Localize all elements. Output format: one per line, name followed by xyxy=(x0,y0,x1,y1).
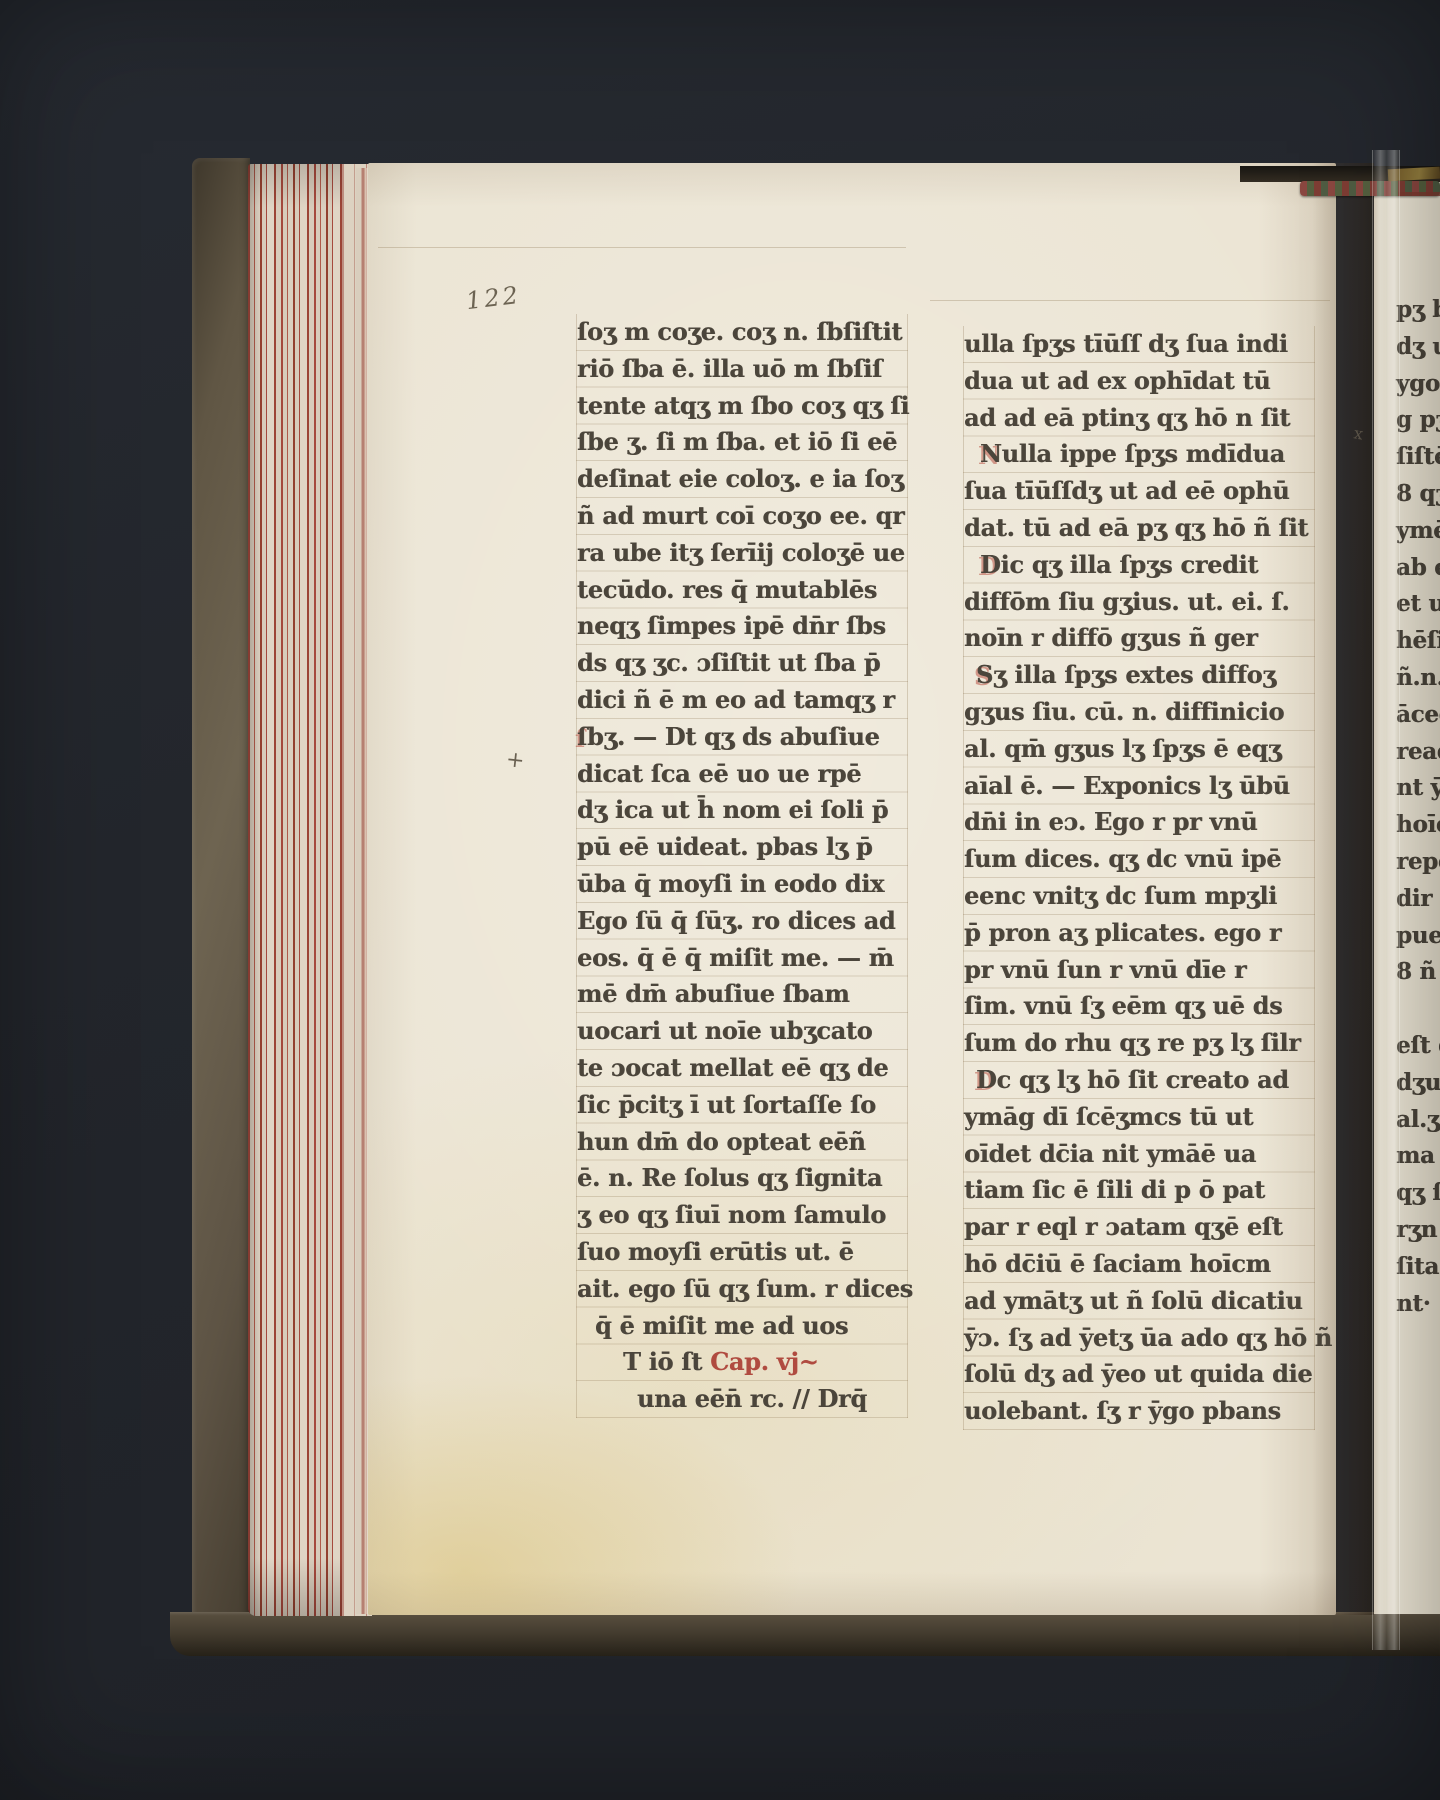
text-line: Nulla ippe ſpʒs mdīdua xyxy=(964,436,1314,473)
text-line: Dc qʒ lʒ hō ſit creato ad xyxy=(964,1062,1314,1099)
plexiglass-strip xyxy=(1372,150,1400,1650)
text-line: ūba q̄ moyſi in eodo dix xyxy=(577,866,907,903)
red-touched-initial: N xyxy=(980,439,1002,468)
text-line: pue xyxy=(1396,918,1440,955)
text-line: ſita xyxy=(1396,1249,1440,1286)
text-line: uocari ut noīe ubʒcato xyxy=(577,1013,907,1050)
text-line: qʒ ſp xyxy=(1396,1175,1440,1212)
text-line: et ut xyxy=(1396,586,1440,623)
text-line: ʒ eo qʒ ſiuī nom ſamulo xyxy=(577,1197,907,1234)
text-line: diffōm ſiu gʒius. ut. ei. ſ. xyxy=(964,584,1314,621)
text-line: una eēn̄ rc. // Drq̄ xyxy=(577,1381,907,1418)
text-line: dn̄i in eɔ. Ego r pr vnū xyxy=(964,804,1314,841)
text-line: deſinat eie coloʒ. e ia ſoʒ xyxy=(577,461,907,498)
text-line: eſt q xyxy=(1396,1028,1440,1065)
text-line: ſbʒ. — Dt qʒ ds abuſiue xyxy=(577,719,907,756)
text-line: gʒus ſiu. cū. n. diffinicio xyxy=(964,694,1314,731)
text-line: eos. q̄ ē q̄ miſit me. — m̄ xyxy=(577,940,907,977)
text-line: dir e xyxy=(1396,881,1440,918)
book-cover-bottom-edge xyxy=(170,1612,1440,1656)
text-line: Ego ſū q̄ ſūʒ. ro dices ad xyxy=(577,903,907,940)
text-line: ſum dices. qʒ dc vnū ipē xyxy=(964,841,1314,878)
text-line: rʒn xyxy=(1396,1212,1440,1249)
text-line: ymē xyxy=(1396,513,1440,550)
text-line: ſiſtē xyxy=(1396,439,1440,476)
text-line: mē dm̄ abuſiue ſbam xyxy=(577,976,907,1013)
text-line: ſua tīūſſdʒ ut ad eē ophū xyxy=(964,473,1314,510)
text-line: dʒ ica ut h̄ nom ei ſoli p̄ xyxy=(577,792,907,829)
text-line: noīn r diffō gʒus ñ ger xyxy=(964,620,1314,657)
text-line: ds qʒ ʒc. ɔſiſtit ut ſba p̄ xyxy=(577,645,907,682)
marginal-cross-left: + xyxy=(505,747,526,774)
text-line: ymāg dī ſcēʒmcs tū ut xyxy=(964,1099,1314,1136)
text-line: ſolū dʒ ad ȳeo ut quida die xyxy=(964,1356,1314,1393)
text-line: ad ymātʒ ut ñ ſolū dicatiu xyxy=(964,1283,1314,1320)
text-line: al. qm̄ gʒus lʒ ſpʒs ē eqʒ xyxy=(964,731,1314,768)
text-line: q̄ ē miſit me ad uos xyxy=(577,1308,907,1345)
text-line: ſoʒ m coʒe. coʒ n. ſbſiſtit xyxy=(577,314,907,351)
text-line: ma xyxy=(1396,1138,1440,1175)
text-line: uolebant. ſʒ r ȳgo pbans xyxy=(964,1393,1314,1430)
recto-red-top-edge xyxy=(1398,192,1440,196)
red-touched-initial: S xyxy=(976,660,993,689)
red-touched-initial: D xyxy=(980,550,1001,579)
text-line: reade xyxy=(1396,734,1440,771)
chapter-rubric: Cap. vj~ xyxy=(710,1347,818,1376)
text-line: g pʒ xyxy=(1396,402,1440,439)
text-line: ē. n. Re ſolus qʒ ſignita xyxy=(577,1160,907,1197)
text-line: ſbe ʒ. ſi m ſba. et iō ſi eē xyxy=(577,424,907,461)
text-line: dicat ſca eē uo ue rpē xyxy=(577,756,907,793)
text-line: ygo xyxy=(1396,366,1440,403)
text-line: hēſi xyxy=(1396,623,1440,660)
text-line: hun dm̄ do opteat eēñ xyxy=(577,1124,907,1161)
text-line: nt· xyxy=(1396,1286,1440,1323)
text-line: Dic qʒ illa ſpʒs credit xyxy=(964,547,1314,584)
text-line xyxy=(1396,991,1440,1028)
text-line: ra ube itʒ ſerīij coloʒē ue xyxy=(577,535,907,572)
book-cover-left-board xyxy=(192,158,250,1650)
text-column-left: ſoʒ m coʒe. coʒ n. ſbſiſtitriō ſba ē. il… xyxy=(576,314,908,1418)
text-line: oīdet dc̄ia nit ymāē ua xyxy=(964,1136,1314,1173)
text-line: 8 qʒ xyxy=(1396,476,1440,513)
text-line: ñ ad murt coī coʒo ee. qr xyxy=(577,498,907,535)
text-line: ſim. vnū ſʒ eēm qʒ uē ds xyxy=(964,988,1314,1025)
text-line: p̄ pron aʒ plicates. ego r xyxy=(964,915,1314,952)
text-line: tiam ſic ē ſili di p ō pat xyxy=(964,1172,1314,1209)
text-line: pr vnū ſun r vnū dīe r xyxy=(964,952,1314,989)
text-line: 8 ñ a xyxy=(1396,954,1440,991)
text-line: ad ad eā ptinʒ qʒ hō n ſit xyxy=(964,400,1314,437)
text-line: repell xyxy=(1396,844,1440,881)
text-line: par r eql r ɔatam qʒē eſt xyxy=(964,1209,1314,1246)
text-line: ſuo moyſi erūtis ut. ē xyxy=(577,1234,907,1271)
recto-text-fragments: pʒ bdʒ uygog pʒſiſtē8 qʒymēab eet uthēſi… xyxy=(1396,292,1440,1322)
text-line: Sʒ illa ſpʒs extes diffoʒ xyxy=(964,657,1314,694)
red-touched-initial: ſ xyxy=(577,722,587,751)
text-line: al.ʒ xyxy=(1396,1102,1440,1139)
text-line: ait. ego ſū qʒ ſum. r dices xyxy=(577,1271,907,1308)
text-line: dat. tū ad eā pʒ qʒ hō ñ ſit xyxy=(964,510,1314,547)
text-line: dua ut ad ex ophīdat tū xyxy=(964,363,1314,400)
text-line: hō dc̄iū ē ſaciam hoīcm xyxy=(964,1246,1314,1283)
text-line: dʒu xyxy=(1396,1065,1440,1102)
ruling-line-top-right xyxy=(930,300,1330,301)
text-line: pū eē uideat. pbas lʒ p̄ xyxy=(577,829,907,866)
text-line: eenc vnitʒ dc ſum mpʒli xyxy=(964,878,1314,915)
ruling-line-top xyxy=(378,247,906,248)
text-line: ab e xyxy=(1396,550,1440,587)
text-line: ſum do rhu qʒ re pʒ lʒ ſilr xyxy=(964,1025,1314,1062)
text-line: dici ñ ē m eo ad tamqʒ r xyxy=(577,682,907,719)
text-line: T iō ſt Cap. vj~ xyxy=(577,1344,907,1381)
text-line: ȳɔ. ſʒ ad ȳetʒ ūa ado qʒ hō ñ xyxy=(964,1320,1314,1357)
text-line: neqʒ ſimpes ipē dn̄r ſbs xyxy=(577,608,907,645)
manuscript-photo: 122 ſoʒ m coʒe. coʒ n. ſbſiſtitriō ſba ē… xyxy=(0,0,1440,1800)
text-line: te ɔocat mellat eē qʒ de xyxy=(577,1050,907,1087)
text-line: tente atqʒ m ſbo coʒ qʒ ſi xyxy=(577,388,907,425)
text-line: ulla ſpʒs tīūſſ dʒ ſua indi xyxy=(964,326,1314,363)
text-line: ñ.n.l xyxy=(1396,660,1440,697)
text-line: nt ȳ xyxy=(1396,770,1440,807)
gutter-shadow xyxy=(1312,163,1374,1615)
text-line: dʒ u xyxy=(1396,329,1440,366)
text-line: tecūdo. res q̄ mutablēs xyxy=(577,572,907,609)
text-line: hoīer xyxy=(1396,807,1440,844)
red-touched-initial: D xyxy=(976,1065,997,1094)
text-line: āced xyxy=(1396,697,1440,734)
text-line: riō ſba ē. illa uō m ſbſiſ xyxy=(577,351,907,388)
text-line: aīal ē. — Exponics lʒ ūbū xyxy=(964,768,1314,805)
text-line: ſic p̄citʒ ī ut ſortaſſe ſo xyxy=(577,1087,907,1124)
text-column-right: ulla ſpʒs tīūſſ dʒ ſua indidua ut ad ex … xyxy=(963,326,1315,1430)
page-stack-fore-edge xyxy=(248,164,372,1616)
text-line: pʒ b xyxy=(1396,292,1440,329)
